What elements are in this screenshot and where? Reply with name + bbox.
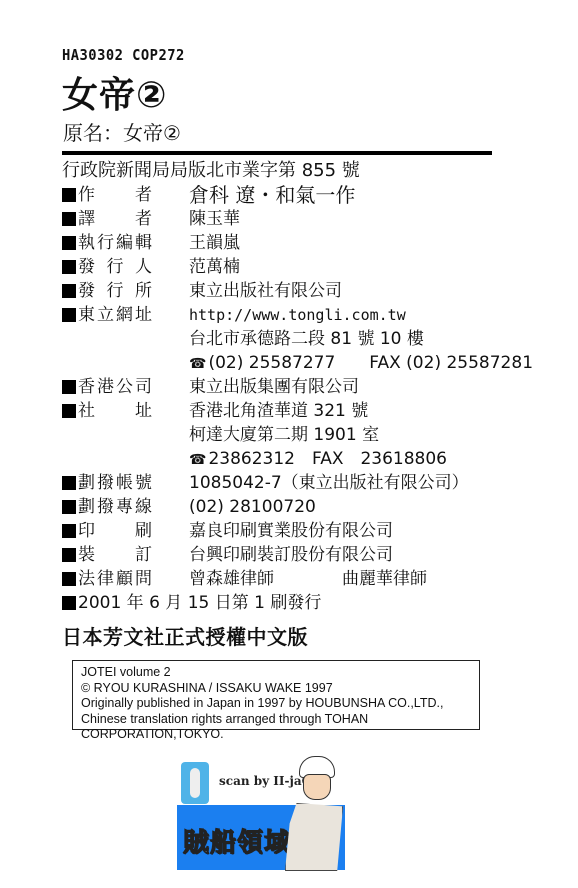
credit-value-text: 柯達大廈第二期 1901 室 (189, 425, 379, 445)
credit-value-text: (02) 25587277 FAX (02) 25587281 (208, 353, 533, 373)
credit-label: 劃撥專線 (62, 495, 172, 519)
label-char: 公 (116, 375, 133, 399)
credit-value: 香港北角渣華道 321 號 (189, 399, 368, 423)
credit-value: 台興印刷裝訂股份有限公司 (189, 543, 393, 567)
logo-banner: 賊船領域 (177, 805, 345, 870)
bullet-square-icon (62, 236, 76, 250)
credit-value-text[interactable]: http://www.tongli.com.tw (189, 306, 406, 324)
credit-value: 倉科 遼・和氣一作 (189, 183, 355, 207)
label-char: 帳 (116, 471, 133, 495)
credit-value: 東立出版社有限公司 (189, 279, 342, 303)
label-char: 網 (116, 303, 133, 327)
credit-label: 發行人 (62, 255, 172, 279)
label-char: 劃 (78, 471, 95, 495)
label-char: 問 (135, 567, 152, 591)
credit-label: 香港公司 (62, 375, 172, 399)
credit-label: 印刷 (62, 519, 172, 543)
label-char: 者 (135, 183, 152, 207)
label-char: 行 (107, 279, 124, 303)
credit-value: ☎23862312 FAX 23618806 (189, 447, 447, 472)
label-char: 編 (116, 231, 133, 255)
credit-value-text: 范萬楠 (189, 257, 240, 277)
bullet-square-icon (62, 572, 76, 586)
credit-value: (02) 28100720 (189, 495, 316, 519)
credit-label: 劃撥帳號 (62, 471, 172, 495)
label-char: 譯 (78, 207, 95, 231)
credit-value-text: 1085042-7（東立出版社有限公司） (189, 473, 469, 493)
label-char: 刷 (135, 519, 152, 543)
credit-value[interactable]: http://www.tongli.com.tw (189, 303, 406, 327)
label-char: 號 (135, 471, 152, 495)
label-char: 行 (97, 231, 114, 255)
credit-value-text: 23862312 FAX 23618806 (208, 449, 447, 469)
label-char: 顧 (116, 567, 133, 591)
label-char: 撥 (97, 471, 114, 495)
credit-value-text: 王韻嵐 (189, 233, 240, 253)
copyright-line: © RYOU KURASHINA / ISSAKU WAKE 1997 (81, 681, 471, 697)
copyright-line: Originally published in Japan in 1997 by… (81, 696, 471, 712)
bullet-square-icon (62, 476, 76, 490)
credit-value: ☎(02) 25587277 FAX (02) 25587281 (189, 351, 533, 376)
credit-value-text: 東立出版集團有限公司 (189, 377, 359, 397)
copyright-line: Chinese translation rights arranged thro… (81, 712, 471, 743)
label-char: 行 (107, 255, 124, 279)
phone-icon: ☎ (189, 352, 206, 376)
label-char: 作 (78, 183, 95, 207)
credit-value-text: 東立出版社有限公司 (189, 281, 342, 301)
phone-icon: ☎ (189, 448, 206, 472)
credit-value-text: 倉科 遼・和氣一作 (189, 183, 355, 207)
credit-label: 法律顧問 (62, 567, 172, 591)
label-char: 裝 (78, 543, 95, 567)
credit-label: 發行所 (62, 279, 172, 303)
label-char: 訂 (135, 543, 152, 567)
copyright-box: JOTEI volume 2 © RYOU KURASHINA / ISSAKU… (72, 660, 480, 730)
pirate-ship-icon (285, 803, 343, 871)
label-char: 律 (97, 567, 114, 591)
bullet-square-icon (62, 284, 76, 298)
bullet-square-icon (62, 500, 76, 514)
credit-value-text: 台興印刷裝訂股份有限公司 (189, 545, 393, 565)
label-char: 人 (135, 255, 152, 279)
credit-value-text: 陳玉華 (189, 209, 240, 229)
bullet-square-icon (62, 524, 76, 538)
header-divider (62, 151, 492, 155)
label-char: 法 (78, 567, 95, 591)
credit-value-text: 曾森雄律師 曲麗華律師 (189, 569, 427, 589)
label-char: 劃 (78, 495, 95, 519)
label-char: 線 (135, 495, 152, 519)
credit-value: 曾森雄律師 曲麗華律師 (189, 567, 427, 591)
credit-value: 王韻嵐 (189, 231, 240, 255)
credit-label: 裝訂 (62, 543, 172, 567)
credit-value: 東立出版集團有限公司 (189, 375, 359, 399)
bullet-square-icon (62, 380, 76, 394)
label-char: 輯 (135, 231, 152, 255)
credit-value: 陳玉華 (189, 207, 240, 231)
bullet-square-icon (62, 548, 76, 562)
bullet-square-icon (62, 404, 76, 418)
label-char: 發 (78, 255, 95, 279)
book-title: 女帝② (62, 76, 167, 116)
bullet-square-icon (62, 596, 76, 610)
bullet-square-icon (62, 212, 76, 226)
bullet-square-icon (62, 188, 76, 202)
copyright-line: JOTEI volume 2 (81, 665, 471, 681)
credit-value-text: (02) 28100720 (189, 497, 316, 517)
label-char: 址 (135, 303, 152, 327)
label-char: 港 (97, 375, 114, 399)
label-char: 司 (135, 375, 152, 399)
banner-text: 賊船領域 (183, 822, 291, 859)
credit-label: 社址 (62, 399, 172, 423)
label-char: 社 (78, 399, 95, 423)
label-char: 東 (78, 303, 95, 327)
credit-value: 嘉良印刷實業股份有限公司 (189, 519, 393, 543)
credit-value-text: 嘉良印刷實業股份有限公司 (189, 521, 393, 541)
credit-value: 柯達大廈第二期 1901 室 (189, 423, 379, 447)
original-title: 原名：女帝② (63, 121, 181, 145)
registration-number: 行政院新聞局局版北市業字第 855 號 (62, 160, 360, 182)
label-char: 發 (78, 279, 95, 303)
credit-value: 1085042-7（東立出版社有限公司） (189, 471, 469, 495)
label-char: 所 (135, 279, 152, 303)
label-char: 者 (135, 207, 152, 231)
credit-label: 執行編輯 (62, 231, 172, 255)
bullet-square-icon (62, 308, 76, 322)
credit-label: 作者 (62, 183, 172, 207)
credit-value: 范萬楠 (189, 255, 240, 279)
credit-value-text: 台北市承德路二段 81 號 10 樓 (189, 329, 424, 349)
credit-value-text: 香港北角渣華道 321 號 (189, 401, 368, 421)
label-char: 執 (78, 231, 95, 255)
credit-value: 台北市承德路二段 81 號 10 樓 (189, 327, 424, 351)
seagull-icon (181, 762, 209, 804)
label-char: 撥 (97, 495, 114, 519)
label-char: 址 (135, 399, 152, 423)
scan-group-logo: scan by II-jaQ 賊船領域 (177, 752, 367, 872)
credit-label: 譯者 (62, 207, 172, 231)
label-char: 香 (78, 375, 95, 399)
label-char: 立 (97, 303, 114, 327)
label-char: 印 (78, 519, 95, 543)
character-avatar-icon (295, 752, 339, 802)
bullet-square-icon (62, 260, 76, 274)
print-date: 2001 年 6 月 15 日第 1 刷發行 (78, 591, 321, 615)
credit-label: 東立網址 (62, 303, 172, 327)
label-char: 專 (116, 495, 133, 519)
license-statement: 日本芳文社正式授權中文版 (62, 624, 308, 650)
product-code: HA30302 COP272 (62, 46, 185, 64)
